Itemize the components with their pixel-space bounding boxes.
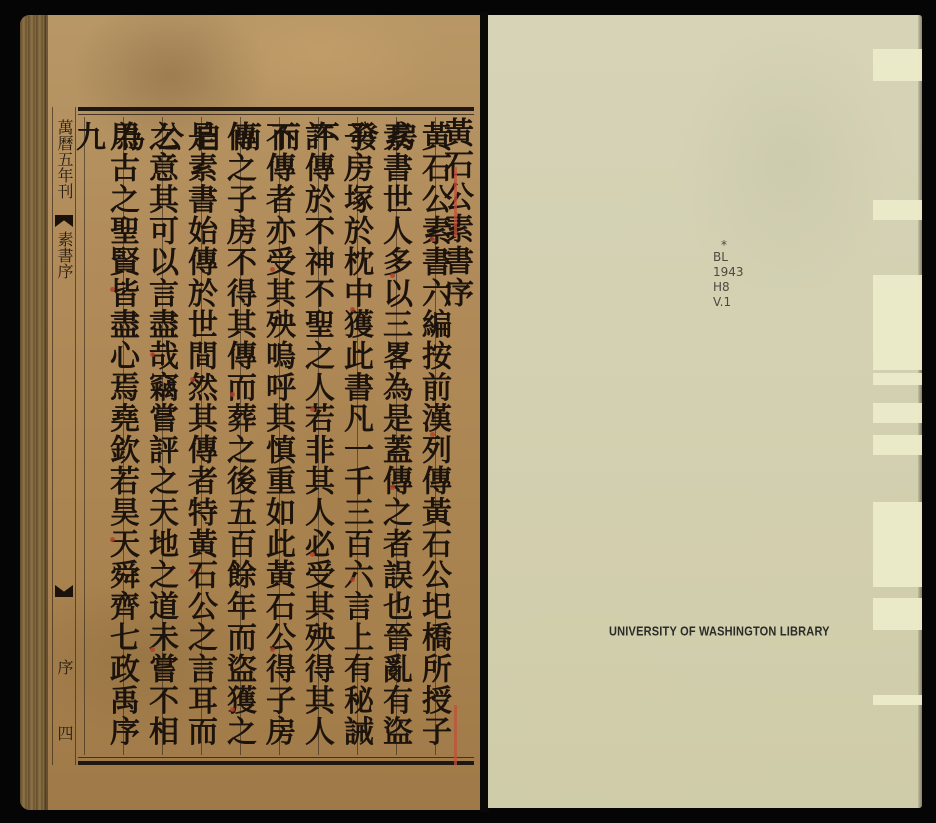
call-number-cutter: H8 bbox=[713, 280, 773, 295]
red-punctuation-mark bbox=[310, 407, 315, 412]
left-page-woodblock-print: 萬曆五年刊 素書序 序 四 黃石公素書序 黃石公素書六編按前漢列傳黃石公圯橋所授… bbox=[20, 15, 482, 810]
red-punctuation-mark bbox=[110, 537, 115, 542]
page-tab-strip bbox=[873, 275, 922, 370]
page-tab-strip bbox=[873, 373, 922, 385]
red-punctuation-mark bbox=[350, 307, 355, 312]
column-text: 用古之聖賢皆盡心焉堯欽若昊天舜齊七政禹序九 bbox=[70, 121, 138, 755]
red-punctuation-mark bbox=[390, 485, 395, 490]
red-punctuation-mark bbox=[230, 392, 235, 397]
page-tab-strip bbox=[873, 49, 922, 81]
red-punctuation-mark bbox=[430, 432, 435, 437]
text-columns: 黃石公素書序 黃石公素書六編按前漢列傳黃石公圯橋所授子房 素書世人多以三畧為是蓋… bbox=[78, 117, 474, 755]
page-tab-strip bbox=[873, 435, 922, 455]
page-tab-strip bbox=[873, 200, 922, 220]
frame-top-rule bbox=[78, 107, 474, 111]
red-punctuation-mark bbox=[350, 577, 355, 582]
red-punctuation-mark bbox=[150, 647, 155, 652]
red-punctuation-mark bbox=[190, 569, 195, 574]
red-punctuation-mark bbox=[270, 267, 275, 272]
library-stamp: UNIVERSITY OF WASHINGTON LIBRARY bbox=[609, 625, 830, 639]
red-punctuation-mark bbox=[270, 647, 275, 652]
text-column-9: 用古之聖賢皆盡心焉堯欽若昊天舜齊七政禹序九 bbox=[84, 117, 123, 755]
page-tab-strip bbox=[873, 598, 922, 630]
call-number-class: BL bbox=[713, 250, 773, 265]
scanned-book-spread: 萬曆五年刊 素書序 序 四 黃石公素書序 黃石公素書六編按前漢列傳黃石公圯橋所授… bbox=[0, 0, 936, 823]
red-proper-noun-line bbox=[454, 167, 457, 237]
text-frame: 黃石公素書序 黃石公素書六編按前漢列傳黃石公圯橋所授子房 素書世人多以三畧為是蓋… bbox=[78, 107, 474, 765]
call-number-year: 1943 bbox=[713, 265, 773, 280]
frame-bottom-rule-inner bbox=[78, 757, 474, 758]
red-punctuation-mark bbox=[390, 273, 395, 278]
red-punctuation-mark bbox=[190, 377, 195, 382]
handwritten-call-number: * BL 1943 H8 V.1 bbox=[713, 240, 773, 310]
page-tab-strip bbox=[873, 403, 922, 423]
red-punctuation-mark bbox=[230, 707, 235, 712]
page-edges bbox=[20, 15, 46, 810]
call-number-star: * bbox=[713, 240, 773, 250]
right-page-blank-endpaper: * BL 1943 H8 V.1 UNIVERSITY OF WASHINGTO… bbox=[488, 15, 922, 808]
red-punctuation-mark bbox=[110, 287, 115, 292]
red-proper-noun-line bbox=[454, 705, 457, 765]
red-punctuation-mark bbox=[310, 552, 315, 557]
call-number-volume: V.1 bbox=[713, 295, 773, 310]
red-punctuation-mark bbox=[430, 237, 435, 242]
frame-bottom-rule bbox=[78, 761, 474, 765]
page-tab-strip bbox=[873, 502, 922, 587]
red-punctuation-mark bbox=[150, 352, 155, 357]
frame-top-rule-inner bbox=[78, 114, 474, 115]
page-tab-strip bbox=[873, 695, 922, 705]
